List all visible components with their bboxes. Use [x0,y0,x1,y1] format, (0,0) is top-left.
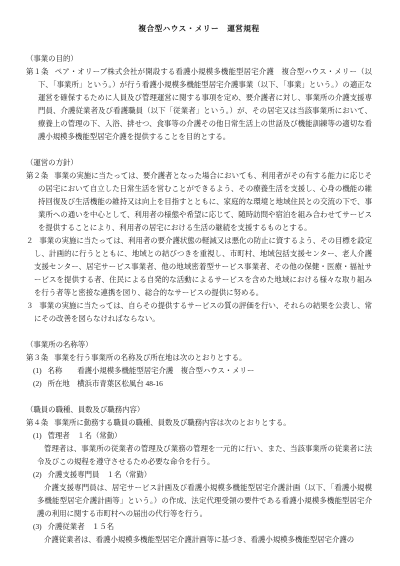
section-operation-policy: （運営の方針） 第２条事業の実施に当たっては、要介護者となった場合においても、利… [26,156,372,325]
document-title: 複合型ハウス・メリー 運営規程 [26,22,372,35]
item-text: 管理者 １名（常勤） [48,431,122,440]
document-page: 複合型ハウス・メリー 運営規程 （事業の目的） 第１条ペア・オリーブ株式会社が開… [0,0,400,566]
article-2-text: 事業の実施に当たっては、要介護者となった場合においても、利用者がその有する能力に… [38,171,372,232]
item-text: 名称 看護小規模多機能型居宅介護 複合型ハウス・メリー [48,366,255,375]
item-number: (2) [33,470,42,479]
article-2-paragraph: 第２条事業の実施に当たっては、要介護者となった場合においても、利用者がその有する… [26,169,372,234]
article-2-number: 第２条 [26,171,48,180]
item-text: 介護従業者 １５名 [48,522,115,531]
article-1-text: ペア・オリーブ株式会社が開設する看護小規模多機能型居宅介護 複合型ハウス・メリー… [38,67,372,141]
article-4-paragraph: 第４条事業所に勤務する職員の職種、員数及び職務内容は次のとおりとする。 [26,416,372,429]
list-item-care-manager: (2)介護支援専門員 １名（常勤） [33,468,372,481]
list-item-name: (1)名称 看護小規模多機能型居宅介護 複合型ハウス・メリー [33,364,372,377]
item-description-care-staff: 介護従業者は、看護小規模多機能型居宅介護計画等に基づき、看護小規模多機能型居宅介… [37,533,372,546]
list-item-address: (2)所在地 横浜市青葉区松風台 48-16 [33,377,372,390]
article-3-number: 第３条 [26,353,48,362]
article-2-clause-2: ２事業の実施に当たっては、利用者の要介護状態の軽減又は悪化の防止に資するよう、そ… [26,234,372,299]
article-4-number: 第４条 [26,418,48,427]
item-text: 介護支援専門員 １名（常勤） [48,470,151,479]
item-number: (1) [33,366,42,375]
list-item-manager: (1)管理者 １名（常勤） [33,429,372,442]
section-heading: （事業の目的） [26,52,372,65]
list-item-care-staff: (3)介護従業者 １５名 [33,520,372,533]
article-3-text: 事業を行う事業所の名称及び所在地は次のとおりとする。 [54,353,246,362]
clause-text: 事業の実施に当たっては、自らその提供するサービスの質の評価を行い、それらの結果を… [34,301,372,323]
article-1-paragraph: 第１条ペア・オリーブ株式会社が開設する看護小規模多機能型居宅介護 複合型ハウス・… [26,65,372,143]
section-heading: （運営の方針） [26,156,372,169]
section-staff: （職員の職種、員数及び職務内容） 第４条事業所に勤務する職員の職種、員数及び職務… [26,403,372,546]
clause-number: ２ [26,236,33,245]
section-heading: （職員の職種、員数及び職務内容） [26,403,372,416]
article-2-clause-3: ３事業の実施に当たっては、自らその提供するサービスの質の評価を行い、それらの結果… [26,299,372,325]
section-business-purpose: （事業の目的） 第１条ペア・オリーブ株式会社が開設する看護小規模多機能型居宅介護… [26,52,372,143]
section-office-name: （事業所の名称等） 第３条事業を行う事業所の名称及び所在地は次のとおりとする。 … [26,338,372,390]
article-4-text: 事業所に勤務する職員の職種、員数及び職務内容は次のとおりとする。 [54,418,291,427]
item-number: (1) [33,431,42,440]
clause-text: 事業の実施に当たっては、利用者の要介護状態の軽減又は悪化の防止に資するよう、その… [34,236,372,297]
clause-number: ３ [26,301,33,310]
item-number: (2) [33,379,42,388]
section-heading: （事業所の名称等） [26,338,372,351]
item-description-manager: 管理者は、事業所の従業者の管理及び業務の管理を一元的に行い、また、当該事業所の従… [37,442,372,468]
article-3-paragraph: 第３条事業を行う事業所の名称及び所在地は次のとおりとする。 [26,351,372,364]
item-description-care-manager: 介護支援専門員は、居宅サービス計画及び看護小規模多機能型居宅介護計画（以下、「看… [37,481,372,520]
item-number: (3) [33,522,42,531]
article-1-number: 第１条 [26,67,49,76]
item-text: 所在地 横浜市青葉区松風台 48-16 [48,379,163,388]
